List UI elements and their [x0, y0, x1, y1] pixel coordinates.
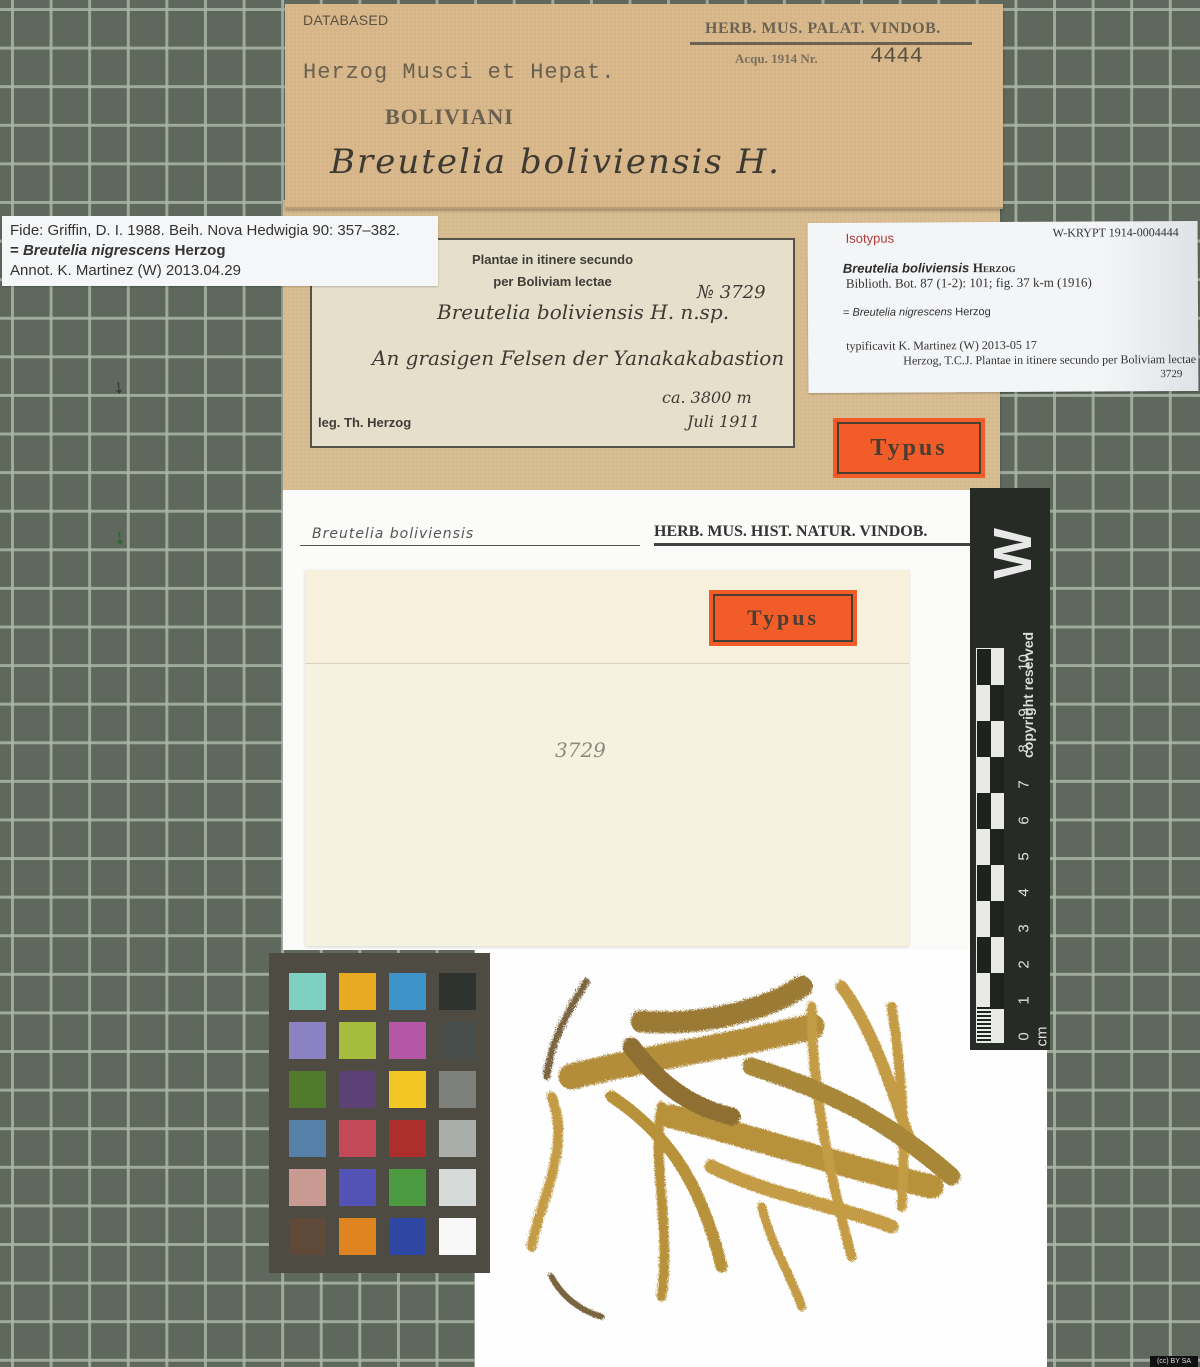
color-checker [269, 953, 490, 1273]
tick-4: 4 [1016, 883, 1033, 903]
acquisition-label: Acqu. 1914 Nr. [735, 51, 818, 67]
color-patch [289, 1022, 326, 1059]
color-patch [339, 1120, 376, 1157]
sheet-name-underline [300, 545, 640, 546]
tick-7: 7 [1016, 775, 1033, 795]
type-status: Isotypus [846, 231, 894, 246]
herbarium-stamp: HERB. MUS. PALAT. VINDOB. [705, 20, 941, 38]
moss-specimen [510, 965, 1010, 1325]
catalog-number: W-KRYPT 1914-0004444 [1053, 225, 1179, 241]
source-number: 3729 [1160, 368, 1182, 380]
arrow-mark-dark: ➘ [107, 376, 130, 400]
color-patch [439, 1218, 476, 1255]
collector: leg. Th. Herzog [318, 415, 411, 430]
taxon-author: Herzog [973, 260, 1016, 275]
altitude: ca. 3800 m [662, 388, 752, 407]
color-patch [339, 973, 376, 1010]
handwritten-species-name: Breutelia boliviensis H. [330, 142, 781, 182]
source-reference: Herzog, T.C.J. Plantae in itinere secund… [903, 352, 1196, 369]
packet-pencil-number: 3729 [555, 738, 606, 762]
kraft-envelope: DATABASED HERB. MUS. PALAT. VINDOB. Acqu… [285, 4, 1003, 209]
color-patch [289, 1218, 326, 1255]
color-patch [389, 1071, 426, 1108]
handwritten-species: Breutelia boliviensis H. n.sp. [437, 300, 729, 324]
synonym-name: Breutelia nigrescens [852, 306, 952, 319]
citation: Biblioth. Bot. 87 (1-2): 101; fig. 37 k-… [846, 275, 1092, 292]
color-patch [389, 1022, 426, 1059]
fide-synonym: = Breutelia nigrescens Herzog [10, 241, 430, 261]
tick-6: 6 [1016, 811, 1033, 831]
color-patch [389, 1218, 426, 1255]
typification: typificavit K. Martinez (W) 2013-05 17 [846, 338, 1037, 354]
fide-citation: Fide: Griffin, D. I. 1988. Beih. Nova He… [10, 221, 430, 241]
synonym-author: Herzog [171, 242, 226, 259]
tick-1: 1 [1016, 991, 1033, 1011]
synonym-prefix: = [10, 242, 23, 259]
color-patch [389, 1120, 426, 1157]
sheet-institution: HERB. MUS. HIST. NATUR. VINDOB. [654, 523, 927, 541]
scale-unit: cm [1034, 1027, 1051, 1047]
color-patch [439, 1071, 476, 1108]
color-patch [339, 1022, 376, 1059]
color-patch [439, 1169, 476, 1206]
color-patch [439, 973, 476, 1010]
typus-sticker: Typus [833, 418, 985, 478]
typus-sticker-packet: Typus [709, 590, 857, 646]
databased-stamp: DATABASED [303, 12, 388, 28]
synonym: = Breutelia nigrescens Herzog [843, 306, 991, 319]
color-patch [389, 973, 426, 1010]
typus-sticker-label: Typus [837, 422, 981, 474]
color-patch [439, 1022, 476, 1059]
license-badge: (cc) BY SA [1150, 1356, 1198, 1367]
color-patch [339, 1071, 376, 1108]
synonym-name: Breutelia nigrescens [23, 242, 171, 259]
institution-logo: W [982, 529, 1044, 579]
fide-annotation-slip: Fide: Griffin, D. I. 1988. Beih. Nova He… [2, 216, 438, 286]
stamp-underline [690, 42, 972, 45]
tick-3: 3 [1016, 919, 1033, 939]
copyright-text: copyright reserved [1020, 632, 1036, 758]
acquisition-number: 4444 [870, 44, 923, 69]
color-patch [289, 1120, 326, 1157]
color-patch [289, 1169, 326, 1206]
fide-annotator: Annot. K. Martinez (W) 2013.04.29 [10, 261, 430, 281]
region-line: BOLIVIANI [385, 104, 514, 130]
collection-line: Herzog Musci et Hepat. [303, 60, 615, 85]
color-patch [339, 1218, 376, 1255]
color-patch [439, 1120, 476, 1157]
color-patch [289, 973, 326, 1010]
sheet-institution-underline [654, 543, 970, 546]
tick-5: 5 [1016, 847, 1033, 867]
tick-0: 0 [1016, 1027, 1033, 1047]
typus-sticker-label: Typus [713, 594, 853, 642]
color-patch [339, 1169, 376, 1206]
color-patch [289, 1071, 326, 1108]
sheet-handwritten-name: Breutelia boliviensis [312, 526, 474, 542]
handwritten-locality: An grasigen Felsen der Yanakakabastion [372, 346, 784, 370]
arrow-mark-green: ➘ [107, 526, 132, 552]
synonym-author: Herzog [952, 306, 991, 318]
isotypus-label: Isotypus W-KRYPT 1914-0004444 Breutelia … [808, 221, 1199, 393]
collection-date: Juli 1911 [687, 412, 760, 431]
taxon-binomial: Breutelia boliviensis [843, 260, 970, 276]
color-patch [389, 1169, 426, 1206]
tick-2: 2 [1016, 955, 1033, 975]
